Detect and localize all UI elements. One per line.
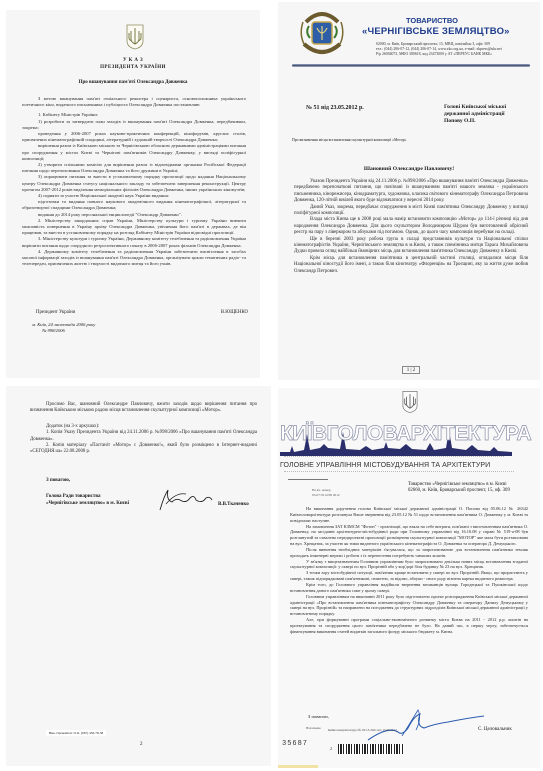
decree-number: № 998/2006: [32, 328, 95, 334]
decree-paragraph: 2) утворити спільними комісію для виріше…: [22, 162, 246, 174]
response-paragraph: Крім того, до Головного управління надій…: [290, 582, 528, 594]
signatory-name: В.ЮЩЕНКО: [221, 310, 248, 315]
letter-paragraph: Крім місць для встановлення пам'ятника в…: [294, 256, 528, 275]
recipient-line: 02660, м. Київ, Броварський проспект, 15…: [408, 488, 510, 494]
incoming-ref-line: 03-07/3512/08 2012: [312, 493, 340, 498]
registration-number: 35687: [282, 740, 308, 748]
org-name-line2: «ЧЕРНІГІВСЬКЕ ЗЕМЛЯЦТВО»: [362, 26, 510, 37]
decree-signature-line: Президент України В.ЮЩЕНКО: [36, 310, 248, 315]
decree-paragraph: 3. Міністерству культури і туризму Украї…: [22, 236, 246, 248]
brand-logo: КИЇВГОЛОВАРХІТЕКТУРА: [278, 422, 518, 460]
coat-of-arms-icon: [402, 390, 418, 414]
letter-page-1: ТОВАРИСТВО «ЧЕРНІГІВСЬКЕ ЗЕМЛЯЦТВО» 0200…: [278, 2, 540, 380]
decree-paragraph: 2. Міністерству закордонних справ Україн…: [22, 218, 246, 237]
signer-name: С. Целовальник: [478, 727, 512, 732]
response-paragraph: З точки зору містобудівної ситуації, пам…: [290, 570, 528, 582]
letter-paragraph: Ще в березні 2003 року робоча група в ск…: [294, 237, 528, 256]
decree-paragraph: 3) опрацювати питання за внести в устано…: [22, 174, 246, 193]
signatory-role: Президент України: [36, 310, 75, 315]
letter-page-2: Просимо Вас, шановний Олександре Павлови…: [6, 386, 271, 766]
blue-ink-signature-icon: [358, 706, 488, 744]
letter-regarding: Про визначення місця встановлення скульп…: [292, 138, 432, 143]
enclosure-item: 1. Копія Указу Президента України від 24…: [30, 430, 257, 443]
decree-heading: У К А З ПРЕЗИДЕНТА УКРАЇНИ: [6, 58, 260, 71]
registration-stamp: Київголовархітектура № 05/15-2621 від 13…: [328, 729, 397, 733]
decree-paragraph: З метою вшанування пам'яті геніального р…: [22, 96, 246, 108]
response-paragraph: На замовлення ЗАТ КЗМСМ "Фотон" - органі…: [290, 524, 528, 547]
decree-place-date: м. Київ, 24 листопада 2006 року № 998/20…: [32, 322, 95, 334]
org-contacts: 02000, м. Київ, Броварський проспект, 15…: [376, 42, 502, 57]
letter-continuation-body: Просимо Вас, шановний Олександре Павлови…: [30, 402, 257, 456]
brand-fine-print: [284, 456, 504, 458]
barcode-prefix: 2: [330, 746, 332, 751]
response-paragraph: На виконання доручення голови Київської …: [290, 506, 528, 524]
letter-paragraph: Даний Указ, зокрема, передбачає спорудже…: [294, 205, 528, 218]
page-indicator: 1 | 2: [402, 366, 420, 374]
signer-name: В.В.Ткаченко: [218, 502, 249, 507]
department-fine-print: [284, 471, 514, 473]
response-body: На виконання доручення голови Київської …: [290, 506, 528, 635]
letter-addressee: Голові Київської міської державної адмін…: [444, 104, 506, 125]
coat-of-arms-icon: [126, 24, 144, 50]
executor-note: Вик. Оргкомітет О.О. (067) 456-78-58: [46, 730, 106, 736]
letter-body: Указом Президента України від 24.11.2006…: [294, 179, 528, 275]
letter-salutation: Шановний Олександре Павловичу!: [278, 166, 540, 172]
response-paragraph: Після вивчення необхідних матеріалів з'я…: [290, 547, 528, 559]
org-name-line1: ТОВАРИСТВО: [406, 16, 458, 25]
addressee-line: Голові Київської міської: [444, 104, 506, 111]
signer-role: Голова Ради товариства «Чернігівське зем…: [46, 494, 129, 507]
decree-page: У К А З ПРЕЗИДЕНТА УКРАЇНИ Про вшануванн…: [6, 10, 260, 378]
response-paragraph: У зв'язку з вищезазначеним Головним упра…: [290, 559, 528, 571]
recipient-address: Товариство «Чернігівське земляцтво» в м.…: [408, 482, 510, 494]
brand-name: КИЇВГОЛОВАРХІТЕКТУРА: [280, 422, 531, 446]
letter-paragraph: Влада міста Києва ще в 2008 році мала на…: [294, 217, 528, 236]
decree-subject: Про вшанування пам'яті Олександра Довжен…: [26, 80, 240, 85]
department-name: ГОЛОВНЕ УПРАВЛІННЯ МІСТОБУДУВАННЯ ТА АРХ…: [280, 462, 490, 469]
letter-ref-number: № 51 від 23.05.2012 р.: [306, 105, 364, 111]
response-paragraph: Але, при формуванні програми соціально-е…: [290, 617, 528, 635]
decree-paragraph: вирішення разом із Київською міською та …: [22, 143, 246, 162]
society-emblem-icon: [300, 8, 344, 58]
decree-issuer: ПРЕЗИДЕНТА УКРАЇНИ: [6, 65, 260, 72]
barcode: [338, 744, 404, 754]
decree-paragraph: проведення у 2006-2007 роках науково-пра…: [22, 131, 246, 143]
signer-role-line: Голова Ради товариства: [46, 494, 129, 501]
decree-body: З метою вшанування пам'яті геніального р…: [22, 96, 246, 267]
page-number: 2: [140, 742, 143, 747]
outgoing-number-line: [288, 479, 328, 480]
addressee-line: Попову О.П.: [444, 118, 506, 125]
enclosure-item: 2. Копія матеріалу «Пастаніт «Мотор» с Д…: [30, 443, 257, 456]
decree-paragraph: підготовки та видання повного наукового …: [22, 199, 246, 211]
decree-paragraph: 1) розробити за затвердити план заходів …: [22, 119, 246, 131]
letterhead-divider: [292, 64, 530, 67]
decree-paragraph: 4. Державному комітету телебачення та ра…: [22, 249, 246, 268]
letter-paragraph: Указом Президента України від 24.11.2006…: [294, 179, 528, 205]
incoming-reference: На вх. номер 03-07/3512/08 2012: [312, 488, 340, 497]
response-letter-page: КИЇВГОЛОВАРХІТЕКТУРА ГОЛОВНЕ УПРАВЛІННЯ …: [278, 388, 540, 768]
response-closing: З повагою,: [308, 714, 329, 719]
signer-role-line: «Чернігівське земляцтво» в м. Києві: [46, 501, 129, 508]
org-bank: Р/р 26004073, МФО 380618, код 23473000 у…: [376, 52, 502, 57]
scan-edge-mark: [278, 765, 318, 768]
executor-label: Начальник: [306, 726, 321, 730]
handwritten-signature-icon: [156, 486, 214, 512]
letter-paragraph: Просимо Вас, шановний Олександре Павлови…: [30, 402, 257, 415]
response-paragraph: Головним управлінням на виконанні 2011 р…: [290, 594, 528, 617]
addressee-line: державної адміністрації: [444, 111, 506, 118]
letter-closing: З повагою,: [46, 478, 70, 483]
